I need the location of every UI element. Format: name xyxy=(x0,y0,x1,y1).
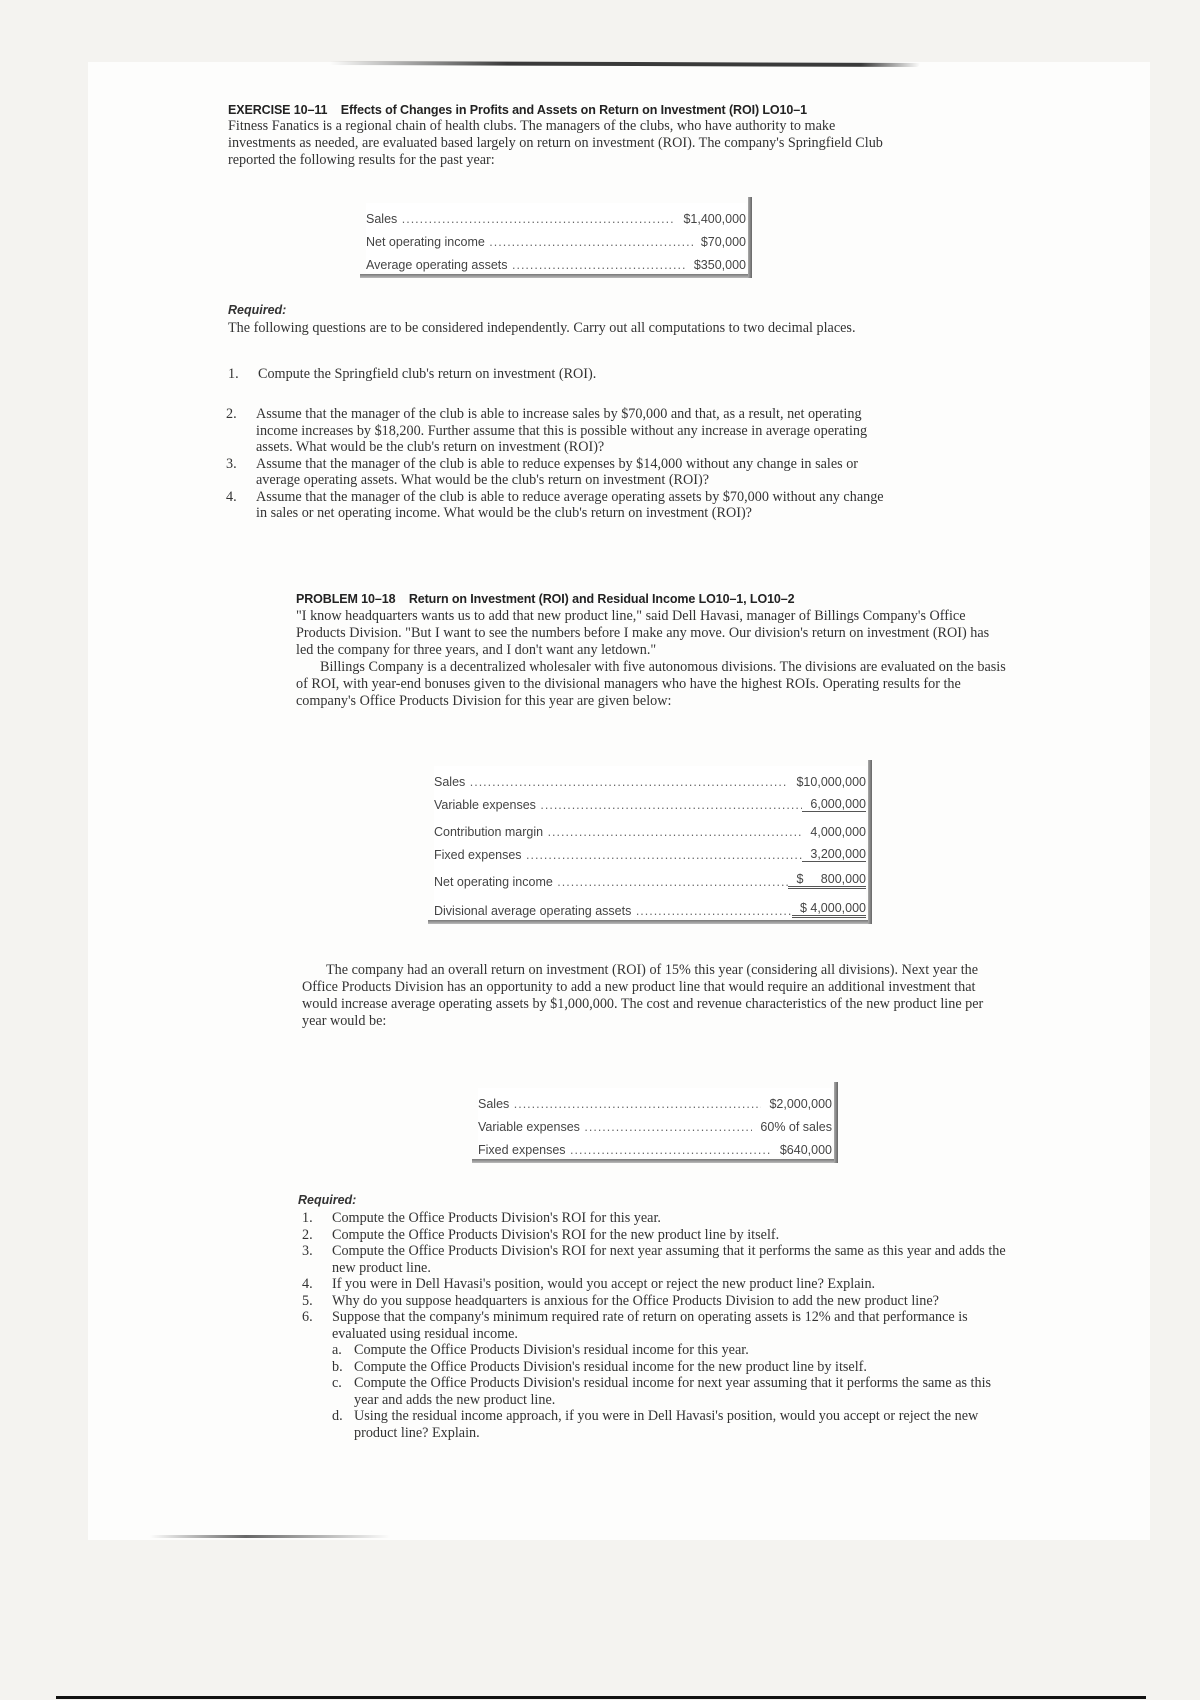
item-number: 2. xyxy=(302,1227,313,1244)
problem-heading: PROBLEM 10–18 Return on Investment (ROI)… xyxy=(296,592,976,606)
row-label: Sales xyxy=(366,212,675,226)
new-line-description: The company had an overall return on inv… xyxy=(302,962,1008,1030)
item-text: Assume that the manager of the club is a… xyxy=(256,406,867,455)
exercise-heading: EXERCISE 10–11 Effects of Changes in Pro… xyxy=(228,103,928,117)
row-value: $640,000 xyxy=(772,1143,832,1157)
list-item: 1.Compute the Office Products Division's… xyxy=(302,1210,1012,1227)
new-product-line-table: Sales $2,000,000 Variable expenses 60% o… xyxy=(478,1088,832,1157)
item-text: Compute the Office Products Division's r… xyxy=(354,1375,991,1408)
problem-title: Return on Investment (ROI) and Residual … xyxy=(409,592,795,606)
exercise-required-label: Required: xyxy=(228,303,286,317)
problem-questions: 1.Compute the Office Products Division's… xyxy=(302,1210,1012,1441)
table-row: Variable expenses 6,000,000 xyxy=(434,789,866,812)
list-item: d.Using the residual income approach, if… xyxy=(332,1408,1012,1441)
row-label: Fixed expenses xyxy=(478,1143,772,1157)
problem-number: PROBLEM 10–18 xyxy=(296,592,395,606)
table-row: Sales $2,000,000 xyxy=(478,1088,832,1111)
row-label: Average operating assets xyxy=(366,258,686,272)
table-border-bottom xyxy=(428,920,868,924)
problem-new-line-intro: The company had an overall return on inv… xyxy=(302,962,1008,1030)
table-row: Variable expenses 60% of sales xyxy=(478,1111,832,1134)
table-row: Fixed expenses 3,200,000 xyxy=(434,839,866,862)
row-label: Sales xyxy=(434,775,788,789)
page-bottom-shadow xyxy=(150,1535,390,1538)
row-label: Fixed expenses xyxy=(434,848,802,862)
list-item: 2.Assume that the manager of the club is… xyxy=(226,406,888,456)
item-number: 1. xyxy=(302,1210,313,1227)
row-value: $2,000,000 xyxy=(761,1097,832,1111)
list-item: 4.If you were in Dell Havasi's position,… xyxy=(302,1276,1012,1293)
item-text: Compute the Office Products Division's R… xyxy=(332,1243,1006,1276)
table-row: Fixed expenses $640,000 xyxy=(478,1134,832,1157)
item-number: 4. xyxy=(226,489,237,506)
list-item: 1.Compute the Springfield club's return … xyxy=(228,366,888,383)
item-text: Compute the Office Products Division's R… xyxy=(332,1227,779,1243)
exercise-questions-2-4: 2.Assume that the manager of the club is… xyxy=(226,406,888,522)
list-item: 4.Assume that the manager of the club is… xyxy=(226,489,888,522)
list-item: a.Compute the Office Products Division's… xyxy=(332,1342,1012,1359)
table-row: Divisional average operating assets $ 4,… xyxy=(434,889,866,918)
item-number: 3. xyxy=(226,456,237,473)
item-number: 4. xyxy=(302,1276,313,1293)
exercise-question-1: 1.Compute the Springfield club's return … xyxy=(228,366,888,383)
item-letter: d. xyxy=(332,1408,343,1425)
required-intro-text: The following questions are to be consid… xyxy=(228,320,888,337)
item-text: Why do you suppose headquarters is anxio… xyxy=(332,1293,939,1309)
item-text: Compute the Springfield club's return on… xyxy=(258,366,596,382)
row-label: Net operating income xyxy=(434,875,788,889)
exercise-intro-text: Fitness Fanatics is a regional chain of … xyxy=(228,118,888,169)
division-results-table: Sales $10,000,000 Variable expenses 6,00… xyxy=(434,766,866,918)
row-value: 3,200,000 xyxy=(802,847,866,862)
row-value: $ 800,000 xyxy=(788,872,866,889)
item-text: Compute the Office Products Division's R… xyxy=(332,1210,661,1226)
item-text: Suppose that the company's minimum requi… xyxy=(332,1309,968,1342)
item-letter: c. xyxy=(332,1375,342,1392)
item-text: Assume that the manager of the club is a… xyxy=(256,456,858,489)
table-border-right xyxy=(834,1082,838,1163)
table-border-right xyxy=(868,760,872,924)
table-row: Sales $1,400,000 xyxy=(366,203,746,226)
exercise-results-table: Sales $1,400,000 Net operating income $7… xyxy=(366,203,746,272)
problem-quote: "I know headquarters wants us to add tha… xyxy=(296,608,1006,659)
table-row: Net operating income $70,000 xyxy=(366,226,746,249)
row-value: 60% of sales xyxy=(752,1120,832,1134)
list-item: 2.Compute the Office Products Division's… xyxy=(302,1227,1012,1244)
horizontal-divider xyxy=(56,1696,1146,1699)
table-row: Average operating assets $350,000 xyxy=(366,249,746,272)
row-label: Variable expenses xyxy=(434,798,802,812)
list-item: 3.Assume that the manager of the club is… xyxy=(226,456,888,489)
list-item: 6.Suppose that the company's minimum req… xyxy=(302,1309,1012,1441)
table-row: Net operating income $ 800,000 xyxy=(434,862,866,889)
list-item: c.Compute the Office Products Division's… xyxy=(332,1375,1012,1408)
row-value: $70,000 xyxy=(693,235,746,249)
row-value: $350,000 xyxy=(686,258,746,272)
item-number: 3. xyxy=(302,1243,313,1260)
row-value: $10,000,000 xyxy=(788,775,866,789)
item-letter: a. xyxy=(332,1342,342,1359)
table-border-bottom xyxy=(360,274,748,278)
table-row: Sales $10,000,000 xyxy=(434,766,866,789)
row-label: Divisional average operating assets xyxy=(434,904,792,918)
table-row: Contribution margin 4,000,000 xyxy=(434,812,866,839)
problem-description: Billings Company is a decentralized whol… xyxy=(296,659,1006,710)
row-value: 4,000,000 xyxy=(802,825,866,839)
row-label: Variable expenses xyxy=(478,1120,752,1134)
exercise-intro: Fitness Fanatics is a regional chain of … xyxy=(228,118,888,169)
item-number: 1. xyxy=(228,366,239,383)
item-letter: b. xyxy=(332,1359,343,1376)
problem-intro: "I know headquarters wants us to add tha… xyxy=(296,608,1006,710)
row-value: 6,000,000 xyxy=(802,797,866,812)
row-value: $ 4,000,000 xyxy=(792,901,866,918)
row-value: $1,400,000 xyxy=(675,212,746,226)
item-number: 6. xyxy=(302,1309,313,1326)
problem-required-label: Required: xyxy=(298,1193,356,1207)
item-number: 5. xyxy=(302,1293,313,1310)
item-text: Assume that the manager of the club is a… xyxy=(256,489,884,522)
item-text: Compute the Office Products Division's r… xyxy=(354,1359,867,1375)
list-item: 3.Compute the Office Products Division's… xyxy=(302,1243,1012,1276)
table-border-bottom xyxy=(472,1159,834,1163)
list-item: 5.Why do you suppose headquarters is anx… xyxy=(302,1293,1012,1310)
exercise-number: EXERCISE 10–11 xyxy=(228,103,327,117)
exercise-required-intro: The following questions are to be consid… xyxy=(228,320,888,337)
item-number: 2. xyxy=(226,406,237,423)
row-label: Sales xyxy=(478,1097,761,1111)
subquestions: a.Compute the Office Products Division's… xyxy=(332,1342,1012,1441)
list-item: b.Compute the Office Products Division's… xyxy=(332,1359,1012,1376)
item-text: Compute the Office Products Division's r… xyxy=(354,1342,749,1358)
table-border-right xyxy=(748,197,752,278)
row-label: Net operating income xyxy=(366,235,693,249)
exercise-title: Effects of Changes in Profits and Assets… xyxy=(341,103,807,117)
item-text: Using the residual income approach, if y… xyxy=(354,1408,978,1441)
item-text: If you were in Dell Havasi's position, w… xyxy=(332,1276,875,1292)
row-label: Contribution margin xyxy=(434,825,802,839)
